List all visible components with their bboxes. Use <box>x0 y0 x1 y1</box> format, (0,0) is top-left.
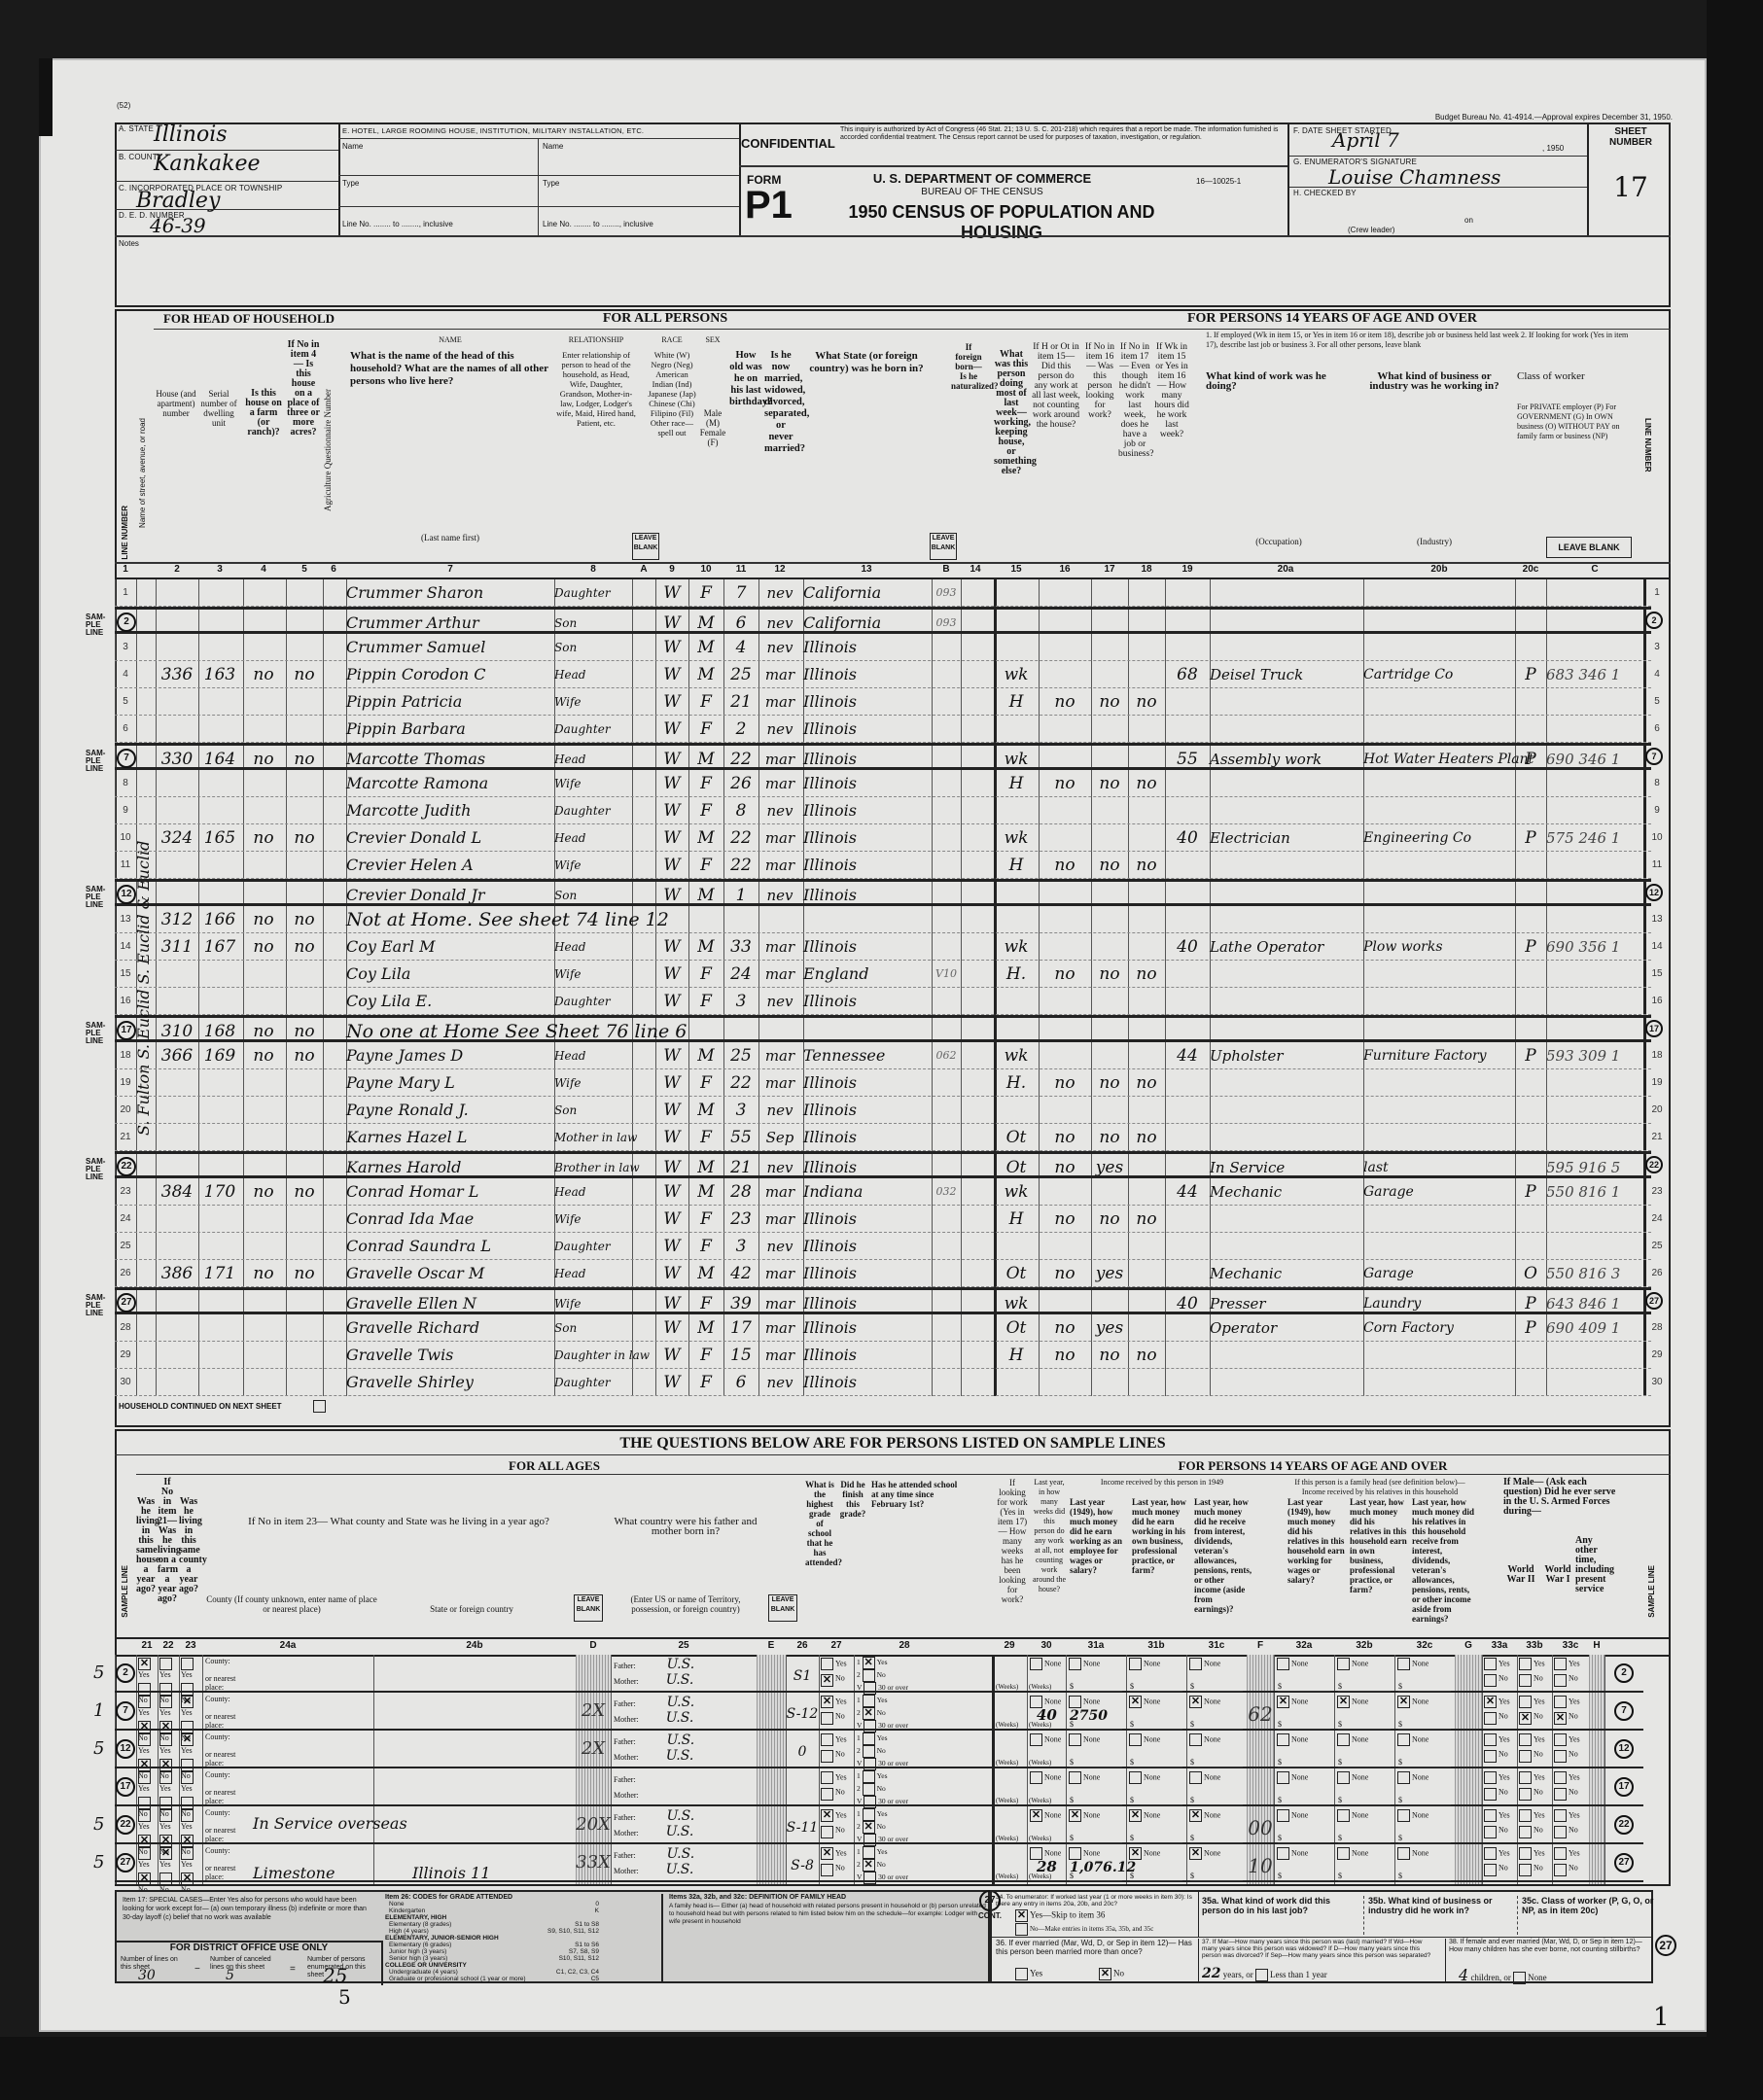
none-checkbox[interactable]: ✕ <box>1397 1696 1410 1708</box>
yes-checkbox[interactable] <box>1484 1658 1497 1670</box>
c27-yes-no[interactable]: Yes✕No <box>819 1655 854 1693</box>
code-cell <box>1546 961 1643 988</box>
name-cell: Karnes Hazel L <box>346 1124 554 1151</box>
form-code: 16—10025-1 <box>1196 177 1241 186</box>
c23-yes-no[interactable]: Yes✕No <box>179 1844 202 1882</box>
c33c-yes-no[interactable]: YesNo <box>1552 1806 1589 1844</box>
serial-cell <box>198 1154 241 1181</box>
yes-checkbox[interactable] <box>138 1733 151 1746</box>
c18-cell <box>1128 634 1165 661</box>
c21-yes-no[interactable]: Yes✕No <box>136 1731 158 1768</box>
none-checkbox[interactable]: ✕ <box>1030 1809 1042 1822</box>
c19-cell: 40 <box>1165 1290 1210 1317</box>
c32a-income-cell: None$ <box>1274 1768 1334 1806</box>
c23-yes-no[interactable]: YesNo <box>179 1768 202 1806</box>
none-checkbox[interactable] <box>1397 1809 1410 1822</box>
c18-cell <box>1128 610 1165 637</box>
sample-column-number: D <box>576 1640 611 1651</box>
occ-cell: Deisel Truck <box>1210 661 1361 688</box>
yes-checkbox[interactable] <box>1519 1809 1532 1822</box>
yes-checkbox[interactable] <box>863 1732 875 1745</box>
none-checkbox[interactable] <box>1397 1847 1410 1860</box>
mar-cell: nev <box>758 797 801 824</box>
none-checkbox[interactable] <box>1069 1771 1081 1784</box>
yes-checkbox[interactable] <box>138 1847 151 1860</box>
none-checkbox[interactable] <box>1337 1733 1350 1746</box>
rel-cell: Head <box>554 933 632 961</box>
q37-text: 37. If Mar—How many years since this per… <box>1202 1939 1439 1959</box>
c19-cell <box>1165 1154 1210 1181</box>
grade-code-row: KindergartenK <box>385 1907 599 1914</box>
ind-cell <box>1363 1124 1515 1151</box>
none-checkbox[interactable] <box>1337 1658 1350 1670</box>
sex-cell: F <box>688 1342 723 1369</box>
yes-checkbox[interactable]: ✕ <box>821 1809 833 1822</box>
c33a-yes-no[interactable]: YesNo <box>1482 1844 1517 1882</box>
c17-cell <box>1091 661 1128 688</box>
no-checkbox[interactable] <box>1554 1674 1567 1687</box>
yes-checkbox[interactable] <box>821 1658 833 1670</box>
c23-yes-no[interactable]: YesNo <box>179 1655 202 1693</box>
sample-column-number: 33a <box>1482 1640 1517 1651</box>
c31b-income-cell: ✕None$ <box>1126 1806 1186 1844</box>
c16-cell: no <box>1039 1260 1091 1287</box>
c33c-yes-no[interactable]: YesNo <box>1552 1844 1589 1882</box>
b-cell <box>932 1206 961 1233</box>
no-checkbox[interactable] <box>821 1864 833 1876</box>
income-header: Income received by this person in 1949 <box>1070 1478 1254 1487</box>
no-checkbox[interactable] <box>1519 1864 1532 1876</box>
c27-yes-no[interactable]: YesNo <box>819 1731 854 1768</box>
yes-checkbox[interactable] <box>1554 1809 1567 1822</box>
no-checkbox[interactable] <box>1519 1674 1532 1687</box>
c21-yes-no[interactable]: ✕YesNo <box>136 1655 158 1693</box>
yes-checkbox[interactable] <box>1484 1733 1497 1746</box>
c23-yes-no[interactable]: ✕YesNo <box>179 1693 202 1731</box>
yes-checkbox[interactable] <box>1554 1847 1567 1860</box>
on-label: on <box>1464 216 1473 225</box>
yes-checkbox[interactable] <box>863 1695 875 1707</box>
yes-checkbox[interactable] <box>138 1696 151 1708</box>
name-cell: Not at Home. See sheet 74 line 12 <box>346 906 930 933</box>
q38-none-checkbox[interactable] <box>1513 1972 1526 1984</box>
c23-yes-no[interactable]: ✕YesNo <box>179 1731 202 1768</box>
race-cell: W <box>655 661 688 688</box>
yes-checkbox[interactable] <box>181 1847 194 1860</box>
b-cell <box>932 1342 961 1369</box>
none-checkbox[interactable] <box>1397 1658 1410 1670</box>
f-code-cell <box>1247 1655 1274 1693</box>
rel-cell: Daughter <box>554 1233 632 1260</box>
acres-cell <box>286 688 323 716</box>
yes-checkbox[interactable] <box>159 1658 172 1670</box>
ln2-cell: 8 <box>1643 770 1671 797</box>
c22-yes-no[interactable]: Yes✕No <box>158 1731 179 1768</box>
no-checkbox[interactable] <box>821 1712 833 1725</box>
c27-yes-no[interactable]: ✕YesNo <box>819 1693 854 1731</box>
occ-cell: Mechanic <box>1210 1260 1361 1287</box>
q37-block: 37. If Mar—How many years since this per… <box>1202 1939 1446 1981</box>
c25-parents-cell: Father: U.S.Mother: U.S. <box>611 1731 757 1768</box>
none-checkbox[interactable] <box>1129 1658 1142 1670</box>
c17-cell <box>1091 579 1128 607</box>
acres-cell <box>286 716 323 743</box>
mar-cell: mar <box>758 1042 801 1069</box>
house-cell <box>156 1342 198 1369</box>
acres-cell <box>286 988 323 1015</box>
none-checkbox[interactable] <box>1277 1847 1289 1860</box>
none-checkbox[interactable]: ✕ <box>1129 1696 1142 1708</box>
yes-checkbox[interactable] <box>821 1733 833 1746</box>
none-checkbox[interactable] <box>1030 1733 1042 1746</box>
yes-checkbox[interactable]: ✕ <box>821 1847 833 1860</box>
c21-yes-no[interactable]: YesNo <box>136 1768 158 1806</box>
yes-checkbox[interactable] <box>159 1733 172 1746</box>
occ-cell <box>1210 1069 1361 1097</box>
no-checkbox[interactable] <box>1519 1788 1532 1801</box>
c33a-yes-no[interactable]: YesNo <box>1482 1806 1517 1844</box>
column-number: 14 <box>961 564 990 575</box>
none-checkbox[interactable] <box>1129 1733 1142 1746</box>
yes-checkbox[interactable] <box>159 1771 172 1784</box>
none-checkbox[interactable]: ✕ <box>1189 1847 1202 1860</box>
c19-cell <box>1165 688 1210 716</box>
none-checkbox[interactable] <box>1277 1733 1289 1746</box>
c33b-yes-no[interactable]: Yes✕No <box>1517 1693 1552 1731</box>
q34-no-label: No—Make entries in items 35a, 35b, and 3… <box>1030 1925 1153 1933</box>
none-checkbox[interactable] <box>1030 1771 1042 1784</box>
none-checkbox[interactable] <box>1069 1733 1081 1746</box>
no-checkbox[interactable] <box>1554 1788 1567 1801</box>
occ-cell <box>1210 770 1361 797</box>
race-cell: W <box>655 688 688 716</box>
c18-cell: no <box>1128 1342 1165 1369</box>
no-checkbox[interactable]: ✕ <box>1519 1712 1532 1725</box>
name-cell: Payne James D <box>346 1042 554 1069</box>
c33c-yes-no[interactable]: YesNo <box>1552 1768 1589 1806</box>
c33c-yes-no[interactable]: YesNo <box>1552 1731 1589 1768</box>
c24a-county-cell: County:or nearestplace:Limestone <box>202 1844 373 1882</box>
c16-cell: no <box>1039 961 1091 988</box>
q37-less-label: Less than 1 year <box>1270 1970 1327 1979</box>
yes-checkbox[interactable] <box>1554 1733 1567 1746</box>
house-cell: 330 <box>156 746 198 773</box>
c33a-yes-no[interactable]: YesNo <box>1482 1731 1517 1768</box>
none-checkbox[interactable]: ✕ <box>1189 1809 1202 1822</box>
yes-checkbox[interactable]: ✕ <box>159 1847 172 1860</box>
no-checkbox[interactable] <box>159 1872 172 1885</box>
c22-yes-no[interactable]: ✕YesNo <box>158 1844 179 1882</box>
b-cell <box>932 1260 961 1287</box>
acres-cell <box>286 1342 323 1369</box>
line-cell: 10 <box>115 824 136 852</box>
none-checkbox[interactable] <box>1277 1658 1289 1670</box>
leave-blank-b: LEAVE BLANK <box>930 533 957 560</box>
no-checkbox[interactable]: ✕ <box>863 1821 875 1834</box>
none-checkbox[interactable]: ✕ <box>1129 1809 1142 1822</box>
yes-checkbox[interactable] <box>138 1809 151 1822</box>
none-checkbox[interactable] <box>1397 1771 1410 1784</box>
c18-cell <box>1128 579 1165 607</box>
yes-checkbox[interactable] <box>181 1771 194 1784</box>
sex-cell: M <box>688 1260 723 1287</box>
c27-yes-no[interactable]: YesNo <box>819 1768 854 1806</box>
c33b-yes-no[interactable]: YesNo <box>1517 1806 1552 1844</box>
c21-yes-no[interactable]: Yes✕No <box>136 1693 158 1731</box>
c27-yes-no[interactable]: ✕YesNo <box>819 1806 854 1844</box>
farm-cell <box>243 634 284 661</box>
no-checkbox[interactable] <box>821 1788 833 1801</box>
no-checkbox[interactable] <box>1554 1750 1567 1763</box>
type-label-2: Type <box>543 179 559 188</box>
no-checkbox[interactable] <box>1484 1826 1497 1838</box>
code-cell <box>1546 1097 1643 1124</box>
yes-checkbox[interactable]: ✕ <box>181 1733 194 1746</box>
no-checkbox[interactable] <box>1554 1826 1567 1838</box>
no-checkbox[interactable]: ✕ <box>181 1872 194 1885</box>
no-checkbox[interactable]: ✕ <box>138 1872 151 1885</box>
c28-school-cell: 1 Yes2 NoV 30 or over <box>854 1768 955 1806</box>
c17-cell: yes <box>1091 1260 1128 1287</box>
ln2-cell: 9 <box>1643 797 1671 824</box>
cls-cell <box>1515 1233 1546 1260</box>
no-checkbox[interactable] <box>1484 1864 1497 1876</box>
house-cell: 366 <box>156 1042 198 1069</box>
c33b-yes-no[interactable]: YesNo <box>1517 1844 1552 1882</box>
no-checkbox[interactable] <box>821 1826 833 1838</box>
none-checkbox[interactable] <box>1030 1658 1042 1670</box>
c19-cell <box>1165 1314 1210 1342</box>
c15-cell: wk <box>994 746 1039 773</box>
c33a-yes-no[interactable]: ✕YesNo <box>1482 1693 1517 1731</box>
c16-cell: no <box>1039 770 1091 797</box>
c27-yes-no[interactable]: ✕YesNo <box>819 1844 854 1882</box>
no-checkbox[interactable] <box>1554 1864 1567 1876</box>
col20a-sub: (Occupation) <box>1206 537 1352 546</box>
code-cell <box>1546 1069 1643 1097</box>
serial-cell: 169 <box>198 1042 241 1069</box>
no-checkbox[interactable] <box>1519 1826 1532 1838</box>
yes-checkbox[interactable] <box>1484 1771 1497 1784</box>
yes-checkbox[interactable] <box>1519 1733 1532 1746</box>
none-checkbox[interactable] <box>1129 1771 1142 1784</box>
no-checkbox[interactable] <box>863 1745 875 1758</box>
rel-cell: Wife <box>554 1206 632 1233</box>
no-checkbox[interactable] <box>863 1783 875 1796</box>
none-checkbox[interactable]: ✕ <box>1337 1696 1350 1708</box>
ind-cell <box>1363 797 1515 824</box>
ind-cell <box>1363 1018 1515 1045</box>
none-checkbox[interactable] <box>1337 1809 1350 1822</box>
date-year: , 1950 <box>1542 144 1564 153</box>
rel-cell: Head <box>554 1260 632 1287</box>
none-checkbox[interactable] <box>1337 1771 1350 1784</box>
mar-cell: mar <box>758 824 801 852</box>
none-checkbox[interactable] <box>1189 1771 1202 1784</box>
c30-weeks-cell: None40(Weeks) <box>1027 1693 1066 1731</box>
yes-checkbox[interactable]: ✕ <box>1484 1696 1497 1708</box>
occ-cell <box>1210 634 1361 661</box>
yes-checkbox[interactable] <box>1519 1847 1532 1860</box>
none-checkbox[interactable] <box>1069 1658 1081 1670</box>
none-checkbox[interactable]: ✕ <box>1069 1809 1081 1822</box>
c21-yes-no[interactable]: Yes✕No <box>136 1806 158 1844</box>
ln2-cell: 24 <box>1643 1206 1671 1233</box>
no-checkbox[interactable]: ✕ <box>863 1859 875 1872</box>
yes-checkbox[interactable] <box>863 1846 875 1859</box>
c17-cell <box>1091 1290 1128 1317</box>
no-checkbox[interactable]: ✕ <box>821 1674 833 1687</box>
none-checkbox[interactable] <box>1277 1809 1289 1822</box>
none-checkbox[interactable]: ✕ <box>1129 1847 1142 1860</box>
sample-column-number: 31c <box>1186 1640 1247 1651</box>
yes-checkbox[interactable] <box>863 1770 875 1783</box>
county-value: Kankakee <box>154 152 261 176</box>
none-checkbox[interactable] <box>1277 1771 1289 1784</box>
c18-cell: no <box>1128 770 1165 797</box>
none-checkbox[interactable] <box>1189 1733 1202 1746</box>
yes-checkbox[interactable] <box>181 1658 194 1670</box>
no-checkbox[interactable]: ✕ <box>1554 1712 1567 1725</box>
b-cell <box>932 1069 961 1097</box>
q36-text: 36. If ever married (Mar, Wd, D, or Sep … <box>996 1939 1194 1956</box>
no-checkbox[interactable] <box>1484 1674 1497 1687</box>
sample-column-number: 32c <box>1394 1640 1455 1651</box>
yes-checkbox[interactable] <box>159 1696 172 1708</box>
c33c-yes-no[interactable]: Yes✕No <box>1552 1693 1589 1731</box>
yes-checkbox[interactable] <box>1484 1809 1497 1822</box>
none-checkbox[interactable]: ✕ <box>1189 1696 1202 1708</box>
ind-cell: Engineering Co <box>1363 824 1515 852</box>
no-checkbox[interactable] <box>821 1750 833 1763</box>
no-checkbox[interactable] <box>1484 1750 1497 1763</box>
c22-yes-no[interactable]: YesNo <box>158 1768 179 1806</box>
yes-checkbox[interactable] <box>159 1809 172 1822</box>
sex-cell: F <box>688 688 723 716</box>
race-cell: W <box>655 1178 688 1206</box>
house-cell: 312 <box>156 906 198 933</box>
q37-less-checkbox[interactable] <box>1255 1969 1268 1981</box>
yes-checkbox[interactable] <box>1519 1771 1532 1784</box>
c33a-yes-no[interactable]: YesNo <box>1482 1768 1517 1806</box>
no-checkbox[interactable] <box>863 1669 875 1682</box>
no-checkbox[interactable] <box>1484 1712 1497 1725</box>
col31c-header: Last year, how much money did he receive… <box>1194 1497 1252 1614</box>
c21-yes-no[interactable]: Yes✕No <box>136 1844 158 1882</box>
c22-yes-no[interactable]: YesNo <box>158 1655 179 1693</box>
yes-checkbox[interactable] <box>863 1808 875 1821</box>
yes-checkbox[interactable] <box>1554 1771 1567 1784</box>
none-checkbox[interactable] <box>1069 1847 1081 1860</box>
c29-weeks-cell: (Weeks) <box>992 1768 1027 1806</box>
c15-cell <box>994 797 1039 824</box>
yes-checkbox[interactable] <box>1519 1658 1532 1670</box>
c33c-yes-no[interactable]: YesNo <box>1552 1655 1589 1693</box>
c15-cell: wk <box>994 1178 1039 1206</box>
none-checkbox[interactable] <box>1337 1847 1350 1860</box>
yes-checkbox[interactable]: ✕ <box>138 1658 151 1670</box>
c16-cell <box>1039 716 1091 743</box>
c19-cell <box>1165 1018 1210 1045</box>
rel-cell: Mother in law <box>554 1124 632 1151</box>
ln2-cell: 5 <box>1643 688 1671 716</box>
race-cell: W <box>655 610 688 637</box>
yes-checkbox[interactable] <box>181 1809 194 1822</box>
table-row: 11Crummer SharonDaughterWF7nevCalifornia… <box>115 579 1651 607</box>
yes-checkbox[interactable]: ✕ <box>181 1696 194 1708</box>
grade-codes-title: Item 26: CODES for GRADE ATTENDED <box>385 1894 599 1901</box>
cls-cell <box>1515 988 1546 1015</box>
cls-cell <box>1515 716 1546 743</box>
q36-no-checkbox[interactable]: ✕ <box>1099 1968 1111 1980</box>
sample-line-number: 22 <box>117 1157 136 1176</box>
line-cell: 19 <box>115 1069 136 1097</box>
ind-cell <box>1363 882 1515 909</box>
yes-checkbox[interactable]: ✕ <box>821 1696 833 1708</box>
street-label: Name of street, avenue, or road <box>138 418 147 528</box>
no-checkbox[interactable] <box>1519 1750 1532 1763</box>
yes-checkbox[interactable] <box>1554 1696 1567 1708</box>
c22-yes-no[interactable]: Yes✕No <box>158 1806 179 1844</box>
house-cell <box>156 688 198 716</box>
no-checkbox[interactable] <box>1484 1788 1497 1801</box>
c33b-yes-no[interactable]: YesNo <box>1517 1731 1552 1768</box>
none-checkbox[interactable] <box>1069 1696 1081 1708</box>
c33b-yes-no[interactable]: YesNo <box>1517 1655 1552 1693</box>
serial-cell <box>198 579 241 607</box>
birth-cell: Illinois <box>803 770 930 797</box>
over30-checkbox[interactable] <box>864 1872 876 1884</box>
mar-cell: mar <box>758 961 801 988</box>
yes-checkbox[interactable] <box>821 1771 833 1784</box>
farm-cell <box>243 770 284 797</box>
none-checkbox[interactable] <box>1397 1733 1410 1746</box>
grade-code-row: ELEMENTARY, HIGH <box>385 1914 599 1921</box>
c24a-county-cell: County:or nearestplace: <box>202 1655 373 1693</box>
occ-cell <box>1210 882 1361 909</box>
none-checkbox[interactable] <box>1189 1658 1202 1670</box>
q34-yes-checkbox[interactable]: ✕ <box>1015 1909 1028 1922</box>
c33a-yes-no[interactable]: YesNo <box>1482 1655 1517 1693</box>
yes-checkbox[interactable] <box>1484 1847 1497 1860</box>
sample-line-badge: SAM-PLELINE <box>86 1158 105 1181</box>
none-checkbox[interactable]: ✕ <box>1277 1696 1289 1708</box>
code-cell <box>1546 1233 1643 1260</box>
cls-cell: P <box>1515 824 1546 852</box>
yes-checkbox[interactable] <box>1554 1658 1567 1670</box>
b-cell: 062 <box>932 1042 961 1069</box>
c19-cell <box>1165 579 1210 607</box>
c32a-income-cell: None$ <box>1274 1731 1334 1768</box>
yes-checkbox[interactable]: ✕ <box>863 1657 875 1669</box>
no-checkbox[interactable]: ✕ <box>863 1707 875 1720</box>
sample-row: 522Yes✕NoYes✕NoYes✕NoCounty:or nearestpl… <box>115 1806 1643 1844</box>
race-cell: W <box>655 746 688 773</box>
household-continued-checkbox[interactable] <box>313 1400 326 1413</box>
yes-checkbox[interactable] <box>138 1771 151 1784</box>
b-cell <box>932 824 961 852</box>
q36-yes-checkbox[interactable] <box>1015 1968 1028 1980</box>
q34-no-checkbox[interactable] <box>1015 1923 1028 1936</box>
c22-yes-no[interactable]: Yes✕No <box>158 1693 179 1731</box>
yes-checkbox[interactable] <box>1519 1696 1532 1708</box>
c23-yes-no[interactable]: Yes✕No <box>179 1806 202 1844</box>
age-cell: 3 <box>723 1233 758 1260</box>
c33b-yes-no[interactable]: YesNo <box>1517 1768 1552 1806</box>
c19-cell: 40 <box>1165 933 1210 961</box>
table-row: 1515Coy LilaWifeWF24marEnglandV10H.nonon… <box>115 961 1651 988</box>
col33-header: If Male— (Ask each question) Did he ever… <box>1503 1478 1620 1517</box>
